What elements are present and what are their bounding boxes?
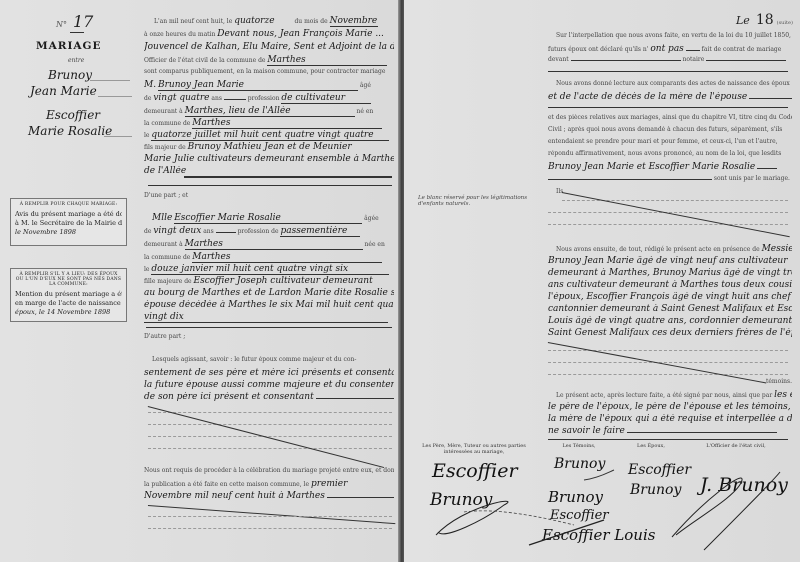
blank-strike-line xyxy=(148,406,384,468)
groom-given-name: Jean Marie xyxy=(30,84,97,98)
notice-box-header: À REMPLIR POUR CHAQUE MARIAGE: xyxy=(15,202,122,207)
handwritten-text: Marie Julie cultivateurs demeurant ensem… xyxy=(144,154,394,164)
printed-text: du mois de xyxy=(294,18,327,25)
act-line: épouse décédée à Marthes le six Mai mil … xyxy=(144,300,394,312)
handwritten-text: Jouvencel de Kalhan, Élu Maire, Sent et … xyxy=(144,42,394,52)
handwritten-commune: Marthes xyxy=(267,55,387,66)
handwritten-day: premier xyxy=(311,479,347,489)
handwritten-text: la future épouse aussi comme majeure et … xyxy=(144,380,394,390)
bride-given-name: Marie Rosalie xyxy=(28,124,112,138)
bride-birthplace: Marthes xyxy=(192,252,382,263)
party-label: D'une part ; et xyxy=(144,192,394,204)
groom-age: vingt quatre xyxy=(153,93,209,103)
printed-text: fille majeure xyxy=(144,278,182,285)
act-line: M. Brunoy Jean Marie âgé xyxy=(144,80,394,92)
handwritten-text: épouse décédée à Marthes le six Mai mil … xyxy=(144,300,394,310)
handwritten-text: sentement de ses père et mère ici présen… xyxy=(144,368,394,378)
between-label: entre xyxy=(68,57,84,64)
printed-text: née en xyxy=(365,241,385,248)
consent-line: la future épouse aussi comme majeure et … xyxy=(144,380,394,392)
printed-text: le xyxy=(144,132,149,139)
printed-text: de xyxy=(144,228,151,235)
printed-text: âgé xyxy=(360,82,371,89)
notice-box-line: le Novembre 1898 xyxy=(15,228,122,237)
groom-parents: Brunoy Mathieu Jean et de Meunier xyxy=(188,142,352,152)
publication-line: Novembre mil neuf cent huit à Marthes xyxy=(144,491,394,503)
act-number-rule xyxy=(70,32,84,33)
printed-text: né en xyxy=(357,108,374,115)
groom-profession: de cultivateur xyxy=(281,93,371,104)
closing-rule xyxy=(146,327,392,328)
act-line: Mlle Escoffier Marie Rosalie âgée xyxy=(144,213,394,225)
act-line: vingt dix xyxy=(144,312,394,324)
notice-box-line: Avis du présent mariage a été donné xyxy=(15,210,122,219)
blank-dashed-line xyxy=(148,448,392,449)
act-line: la commune de Marthes xyxy=(144,118,394,130)
printed-text: âgée xyxy=(364,215,379,222)
act-line: fille majeure de Escoffier Joseph cultiv… xyxy=(144,276,394,288)
register-spread: N°17 MARIAGE entre Brunoy Jean Marie Esc… xyxy=(0,0,800,562)
closing-rule xyxy=(148,185,392,186)
consent-line: de son père ici présent et consentant xyxy=(144,392,394,404)
party-label: D'autre part ; xyxy=(144,333,394,345)
groom-name: Brunoy Jean Marie xyxy=(158,80,358,91)
left-page: N°17 MARIAGE entre Brunoy Jean Marie Esc… xyxy=(0,0,400,562)
right-page: Le18(suite) Le blanc réservé pour les lé… xyxy=(404,0,800,562)
bride-parents: Escoffier Joseph cultivateur demeurant xyxy=(194,276,373,286)
printed-text: sont comparus publiquement, en la maison… xyxy=(144,68,385,75)
blank-dashed-line xyxy=(148,528,392,529)
printed-text: ans xyxy=(211,95,222,102)
act-line: Marie Julie cultivateurs demeurant ensem… xyxy=(144,154,394,166)
blank-dashed-line xyxy=(148,424,392,425)
margin-rule xyxy=(104,136,132,137)
handwritten-day: quatorze xyxy=(234,16,274,26)
notice-box-line: à M. le Secrétaire de la Mairie de xyxy=(15,219,122,228)
handwritten-month: Novembre xyxy=(330,16,378,27)
printed-text: la commune de xyxy=(144,120,190,127)
notice-box: À REMPLIR POUR CHAQUE MARIAGE: Avis du p… xyxy=(10,198,127,246)
handwritten-text: de son père ici présent et consentant xyxy=(144,392,314,402)
bride-birthdate: douze janvier mil huit cent quatre vingt… xyxy=(151,264,389,275)
signature-flourishes xyxy=(404,0,800,562)
act-line: demeurant à Marthes née en xyxy=(144,239,394,251)
act-number: N°17 xyxy=(56,12,93,31)
act-line: la commune de Marthes xyxy=(144,252,394,264)
margin-rule xyxy=(98,96,132,97)
handwritten-text: Mlle xyxy=(152,213,172,223)
printed-text: ans xyxy=(203,228,214,235)
bride-name: Escoffier Marie Rosalie xyxy=(174,213,362,224)
printed-text: D'une part ; et xyxy=(144,192,188,199)
printed-text: le xyxy=(144,266,149,273)
publication-line: la publication a été faite en cette mais… xyxy=(144,479,394,491)
groom-surname: Brunoy xyxy=(48,68,92,82)
publication-line: Nous ont requis de procéder à la célébra… xyxy=(144,467,394,479)
act-line: au bourg de Marthes et de Lardon Marie d… xyxy=(144,288,394,300)
bride-residence: Marthes xyxy=(185,239,363,250)
marriage-title: MARIAGE xyxy=(36,40,102,52)
printed-text: la publication a été faite en cette mais… xyxy=(144,481,309,488)
bride-surname: Escoffier xyxy=(46,108,100,122)
mention-box-header: À REMPLIR S'IL Y A LIEU: DES ÉPOUX OU L'… xyxy=(15,272,122,287)
printed-text: profession xyxy=(248,95,280,102)
printed-text: Lesquels agissant, savoir : le futur épo… xyxy=(152,356,356,363)
printed-text: profession de xyxy=(238,228,279,235)
mention-box-line: en marge de l'acte de naissance des xyxy=(15,299,122,308)
handwritten-text: au bourg de Marthes et de Lardon Marie d… xyxy=(144,288,394,298)
handwritten-text: de l'Allée xyxy=(144,166,186,176)
act-line: le douze janvier mil huit cent quatre vi… xyxy=(144,264,394,276)
printed-text: demeurant à xyxy=(144,241,183,248)
act-line: à onze heures du matin Devant nous, Jean… xyxy=(144,29,394,41)
mention-box-line: époux, le 14 Novembre 1898 xyxy=(15,308,122,317)
printed-text: L'an mil neuf cent huit, le xyxy=(154,18,232,25)
printed-text: à onze heures du matin xyxy=(144,31,215,38)
printed-text: de xyxy=(178,144,185,151)
blank-dashed-line xyxy=(148,516,392,517)
act-line: de vingt quatre ans profession de cultiv… xyxy=(144,93,394,105)
printed-text: de xyxy=(184,278,191,285)
printed-text: Officier de l'état civil de la commune d… xyxy=(144,57,265,64)
act-line: Officier de l'état civil de la commune d… xyxy=(144,55,394,67)
printed-text: la commune de xyxy=(144,254,190,261)
act-line: L'an mil neuf cent huit, le quatorze du … xyxy=(144,16,394,28)
groom-birthdate: quatorze juillet mil huit cent quatre vi… xyxy=(151,130,389,141)
groom-residence: Marthes, lieu de l'Allée xyxy=(185,106,355,117)
act-line: sont comparus publiquement, en la maison… xyxy=(144,68,394,80)
act-line: demeurant à Marthes, lieu de l'Allée né … xyxy=(144,106,394,118)
blank-dashed-line xyxy=(148,412,392,413)
printed-text: D'autre part ; xyxy=(144,333,185,340)
handwritten-text: Novembre mil neuf cent huit à Marthes xyxy=(144,491,325,501)
mention-box: À REMPLIR S'IL Y A LIEU: DES ÉPOUX OU L'… xyxy=(10,268,127,322)
consent-line: Lesquels agissant, savoir : le futur épo… xyxy=(144,356,394,368)
blank-strike-line xyxy=(148,505,395,524)
handwritten-text: M. xyxy=(144,80,156,90)
printed-text: Nous ont requis de procéder à la célébra… xyxy=(144,467,394,474)
handwritten-text: Devant nous, Jean François Marie ... xyxy=(217,29,384,39)
act-line: Jouvencel de Kalhan, Élu Maire, Sent et … xyxy=(144,42,394,54)
bride-profession: passementière xyxy=(280,226,360,237)
margin-rule xyxy=(90,80,130,81)
closing-rule xyxy=(184,176,392,178)
handwritten-text: vingt dix xyxy=(144,312,388,323)
act-line: de vingt deux ans profession de passemen… xyxy=(144,226,394,238)
printed-text: fils majeur xyxy=(144,144,176,151)
mention-box-line: Mention du présent mariage a été faite xyxy=(15,290,122,299)
act-line: le quatorze juillet mil huit cent quatre… xyxy=(144,130,394,142)
bride-age: vingt deux xyxy=(153,226,201,236)
printed-text: demeurant à xyxy=(144,108,183,115)
act-line: fils majeur de Brunoy Mathieu Jean et de… xyxy=(144,142,394,154)
printed-text: de xyxy=(144,95,151,102)
consent-line: sentement de ses père et mère ici présen… xyxy=(144,368,394,380)
groom-birthplace: Marthes xyxy=(192,118,382,129)
